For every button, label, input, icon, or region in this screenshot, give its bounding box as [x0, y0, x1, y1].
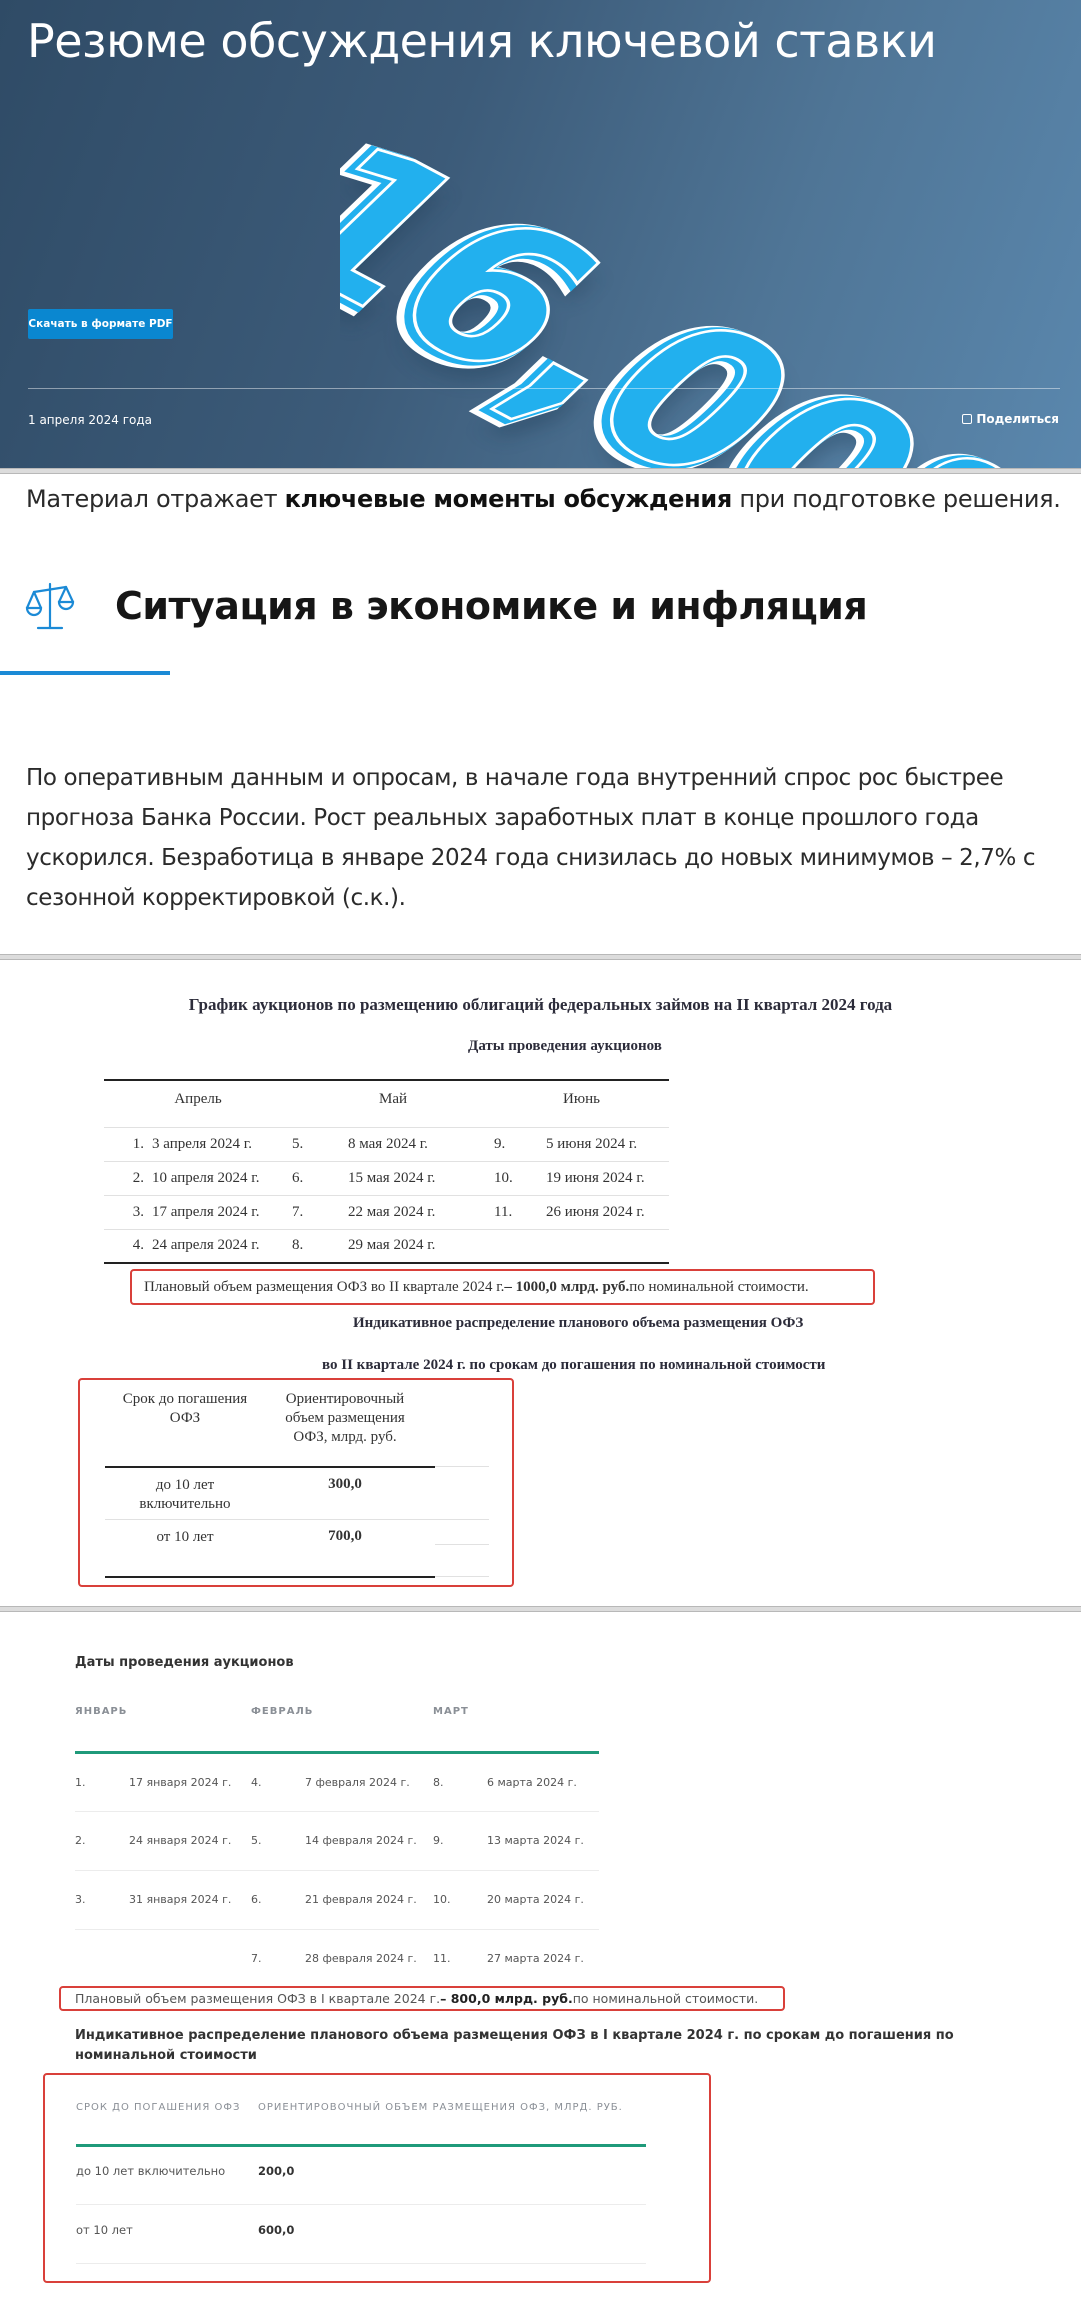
auction-number: 3.	[75, 1870, 129, 1929]
table-row: 4.24 апреля 2024 г.8.29 мая 2024 г.	[104, 1229, 669, 1263]
share-icon	[962, 414, 972, 424]
table-row: 7.28 февраля 2024 г.11.27 марта 2024 г.	[75, 1929, 599, 1988]
q1-auction-table: ЯНВАРЬ ФЕВРАЛЬ МАРТ 1.17 января 2024 г.4…	[75, 1696, 599, 1988]
header-rule	[76, 2144, 646, 2147]
screenshot-separator	[0, 468, 1081, 474]
term-header: СРОК ДО ПОГАШЕНИЯ ОФЗ	[76, 2102, 240, 2113]
auction-date: 3 апреля 2024 г.	[152, 1127, 292, 1161]
hero-banner: Резюме обсуждения ключевой ставки 16,00%…	[0, 0, 1081, 468]
plan-suffix: по номинальной стоимости.	[629, 1279, 808, 1296]
auction-number: 5.	[292, 1127, 348, 1161]
term-cell: от 10 лет	[110, 1528, 260, 1547]
auction-date: 28 февраля 2024 г.	[305, 1929, 433, 1988]
month-header: МАРТ	[433, 1696, 599, 1752]
rule	[435, 1576, 489, 1577]
auction-date: 17 апреля 2024 г.	[152, 1195, 292, 1229]
table-row: 3.17 апреля 2024 г.7.22 мая 2024 г.11.26…	[104, 1195, 669, 1229]
download-pdf-button[interactable]: Скачать в формате PDF	[28, 309, 173, 339]
footer-rule	[105, 1576, 435, 1578]
auction-date: 29 мая 2024 г.	[348, 1229, 494, 1263]
hero-divider	[28, 388, 1060, 389]
auction-number: 2.	[104, 1161, 152, 1195]
row-rule	[76, 2204, 646, 2205]
plan-amount: – 800,0 млрд. руб.	[440, 1991, 573, 2006]
volume-cell: 300,0	[270, 1476, 420, 1493]
table-row: 1.17 января 2024 г.4.7 февраля 2024 г.8.…	[75, 1752, 599, 1811]
month-header: Май	[292, 1080, 494, 1118]
section-title: Ситуация в экономике и инфляция	[115, 584, 867, 628]
auction-date: 17 января 2024 г.	[129, 1752, 251, 1811]
row-rule	[76, 2263, 646, 2264]
month-header: ЯНВАРЬ	[75, 1696, 251, 1752]
term-cell: до 10 лет включительно	[110, 1476, 260, 1514]
table-row: 2.24 января 2024 г.5.14 февраля 2024 г.9…	[75, 1811, 599, 1870]
plan-prefix: Плановый объем размещения ОФЗ в I кварта…	[75, 1991, 440, 2006]
auction-date: 24 января 2024 г.	[129, 1811, 251, 1870]
auction-date: 10 апреля 2024 г.	[152, 1161, 292, 1195]
q2-distribution-title-line2: во II квартале 2024 г. по срокам до пога…	[322, 1357, 825, 1374]
auction-date: 26 июня 2024 г.	[546, 1195, 669, 1229]
auction-date: 8 мая 2024 г.	[348, 1127, 494, 1161]
table-row: 3.31 января 2024 г.6.21 февраля 2024 г.1…	[75, 1870, 599, 1929]
q1-distribution-title: Индикативное распределение планового объ…	[75, 2026, 1035, 2066]
screenshot-separator	[0, 1606, 1081, 1612]
row-rule	[105, 1519, 489, 1520]
auction-number: 9.	[433, 1811, 487, 1870]
month-header: Июнь	[494, 1080, 669, 1118]
header-rule	[105, 1466, 435, 1468]
q2-auction-dates-title: Даты проведения аукционов	[468, 1038, 662, 1055]
term-header: Срок до погашения ОФЗ	[110, 1390, 260, 1428]
plan-amount: – 1000,0 млрд. руб.	[504, 1279, 629, 1296]
screenshot-separator	[0, 954, 1081, 960]
auction-number: 1.	[104, 1127, 152, 1161]
section-underline	[0, 671, 170, 675]
auction-number: 10.	[433, 1870, 487, 1929]
volume-header: ОРИЕНТИРОВОЧНЫЙ ОБЪЕМ РАЗМЕЩЕНИЯ ОФЗ, МЛ…	[258, 2102, 623, 2113]
auction-date: 13 марта 2024 г.	[487, 1811, 599, 1870]
table-row: 2.10 апреля 2024 г.6.15 мая 2024 г.10.19…	[104, 1161, 669, 1195]
volume-header: Ориентировочный объем размещения ОФЗ, мл…	[270, 1390, 420, 1447]
q1-auction-dates-title: Даты проведения аукционов	[75, 1655, 294, 1670]
auction-date: 15 мая 2024 г.	[348, 1161, 494, 1195]
intro-prefix: Материал отражает	[26, 485, 285, 513]
plan-suffix: по номинальной стоимости.	[573, 1991, 759, 2006]
auction-date: 7 февраля 2024 г.	[305, 1752, 433, 1811]
auction-number: 8.	[433, 1752, 487, 1811]
auction-date: 22 мая 2024 г.	[348, 1195, 494, 1229]
intro-text: Материал отражает ключевые моменты обсуж…	[26, 485, 1061, 513]
auction-number: 6.	[251, 1870, 305, 1929]
auction-number: 11.	[494, 1195, 546, 1229]
term-cell: до 10 лет включительно	[76, 2164, 225, 2178]
share-label: Поделиться	[976, 412, 1059, 426]
auction-date: 27 марта 2024 г.	[487, 1929, 599, 1988]
intro-suffix: при подготовке решения.	[732, 485, 1061, 513]
q2-document-title: График аукционов по размещению облигаций…	[0, 995, 1081, 1015]
auction-date: 20 марта 2024 г.	[487, 1870, 599, 1929]
auction-date: 5 июня 2024 г.	[546, 1127, 669, 1161]
auction-number: 10.	[494, 1161, 546, 1195]
auction-date: 19 июня 2024 г.	[546, 1161, 669, 1195]
auction-number: 1.	[75, 1752, 129, 1811]
rule	[435, 1544, 489, 1545]
auction-number: 11.	[433, 1929, 487, 1988]
auction-date	[129, 1929, 251, 1988]
section-paragraph: По оперативным данным и опросам, в начал…	[26, 758, 1066, 918]
volume-cell: 200,0	[258, 2164, 294, 2178]
auction-date: 21 февраля 2024 г.	[305, 1870, 433, 1929]
term-cell: от 10 лет	[76, 2223, 133, 2237]
auction-number: 7.	[251, 1929, 305, 1988]
page-title: Резюме обсуждения ключевой ставки	[27, 14, 936, 68]
q1-distribution-table: СРОК ДО ПОГАШЕНИЯ ОФЗ ОРИЕНТИРОВОЧНЫЙ ОБ…	[43, 2073, 711, 2283]
auction-date: 6 марта 2024 г.	[487, 1752, 599, 1811]
auction-number: 8.	[292, 1229, 348, 1263]
auction-number: 4.	[251, 1752, 305, 1811]
q2-distribution-title-line1: Индикативное распределение планового объ…	[353, 1315, 803, 1332]
volume-cell: 600,0	[258, 2223, 294, 2237]
table-row: 1.3 апреля 2024 г.5.8 мая 2024 г.9.5 июн…	[104, 1127, 669, 1161]
auction-number: 3.	[104, 1195, 152, 1229]
auction-date: 14 февраля 2024 г.	[305, 1811, 433, 1870]
auction-number: 7.	[292, 1195, 348, 1229]
volume-cell: 700,0	[270, 1528, 420, 1545]
q2-plan-volume-highlight: Плановый объем размещения ОФЗ во II квар…	[130, 1269, 875, 1305]
auction-number: 6.	[292, 1161, 348, 1195]
q2-distribution-table: Срок до погашения ОФЗ Ориентировочный об…	[78, 1378, 514, 1587]
auction-number	[75, 1929, 129, 1988]
intro-bold: ключевые моменты обсуждения	[285, 485, 732, 513]
auction-number: 9.	[494, 1127, 546, 1161]
plan-prefix: Плановый объем размещения ОФЗ во II квар…	[144, 1279, 504, 1296]
share-button[interactable]: Поделиться	[962, 412, 1059, 426]
rule	[435, 1466, 489, 1467]
month-header: Апрель	[104, 1080, 292, 1118]
auction-number	[494, 1229, 546, 1263]
auction-number: 5.	[251, 1811, 305, 1870]
auction-date	[546, 1229, 669, 1263]
auction-date: 31 января 2024 г.	[129, 1870, 251, 1929]
publication-date: 1 апреля 2024 года	[28, 413, 152, 427]
auction-number: 4.	[104, 1229, 152, 1263]
q2-auction-table: Апрель Май Июнь 1.3 апреля 2024 г.5.8 ма…	[104, 1079, 669, 1264]
month-header: ФЕВРАЛЬ	[251, 1696, 433, 1752]
scales-icon	[24, 580, 76, 632]
q1-plan-volume-highlight: Плановый объем размещения ОФЗ в I кварта…	[59, 1986, 785, 2011]
auction-date: 24 апреля 2024 г.	[152, 1229, 292, 1263]
auction-number: 2.	[75, 1811, 129, 1870]
